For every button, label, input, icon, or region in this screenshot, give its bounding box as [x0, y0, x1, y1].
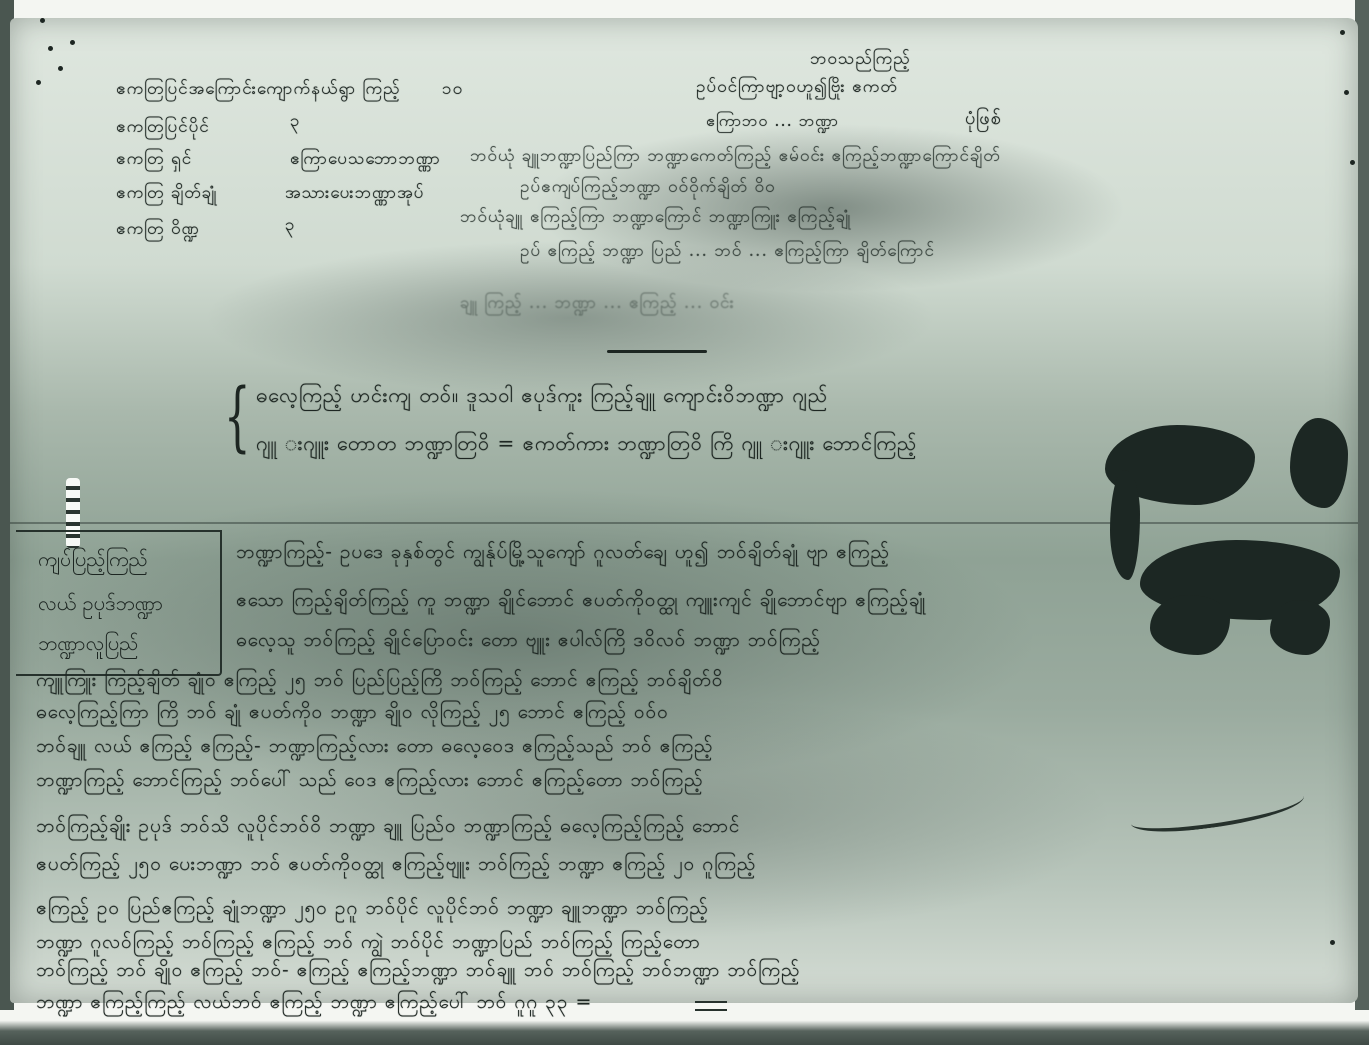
title-line: ဓလေ့ကြည့် ဟင်းကျ တဝ်။ ဒူသဝါ ဧပုဒ်ကူး ကြည… — [256, 382, 828, 412]
faded-line: ချူ ကြည့် ... ဘဏ္ဍာ ... ဧကြည့် ... ဝင်း — [460, 292, 735, 317]
body-line: ဘဝ်ကြည့်ချိုး ဥပုဒ် ဘဝ်သိ လူပိုင်ဘဝ်ဝိ ဘ… — [36, 814, 740, 842]
ink-blotch — [1270, 600, 1330, 655]
end-mark — [695, 1001, 727, 1011]
ledger-row-label: ဧကတြ ရှင် — [116, 148, 192, 173]
ink-speck — [40, 18, 45, 23]
header-right-line: ဧကြာဘဝ ... ဘဏ္ဍာ — [706, 110, 839, 134]
body-line: ကျူကြူး ကြည့်ချိတ် ချုံဝ ဧကြည့် ၂၅ ဘဝ် ပ… — [36, 668, 723, 696]
body-line: ဘဏ္ဍာ ဂူလဝ်ကြည့် ဘဝ်ကြည့် ဧကြည့် ဘဝ် ကျွ… — [36, 930, 701, 958]
ink-blotch — [1110, 470, 1140, 580]
header-right-line: ဥပ်ဝင်ကြာဗျာ့ဝဟူ၍ဗြိုး ဧကတ် — [696, 76, 898, 101]
ledger-row-label: ဧကတြ ချိတ်ချုံ — [116, 182, 218, 207]
ledger-row-label: ဧကတြ ဝိဏ္ဍ — [116, 218, 200, 243]
body-line: ဘဏ္ဍာကြည့် ဘောင်ကြည့် ဘဝ်ပေါ် သည် ဝေဒ ဧက… — [36, 768, 704, 796]
smudged-line: ဥပ်ဧကျပ်ကြည့်ဘဏ္ဍာ ဝဝ်ဝိုက်ချိတ် ဝိဝ — [520, 176, 776, 201]
ledger-row-label: ဧကတြပြင်ပိုင် — [116, 116, 210, 141]
ink-speck — [1344, 90, 1349, 95]
body-line: ဘဝ်ချူ လယ် ဧကြည့် ဧကြည့်- ဘဏ္ဍာကြည့်လား … — [36, 734, 713, 762]
smudged-line: ဥပ် ဧကြည့် ဘဏ္ဍာ ပြည် ... ဘဝ် ... ဧကြည့်… — [520, 240, 935, 265]
body-line: ဘဏ္ဍာကြည့်- ဥပဒေ ခုနှစ်တွင် ကျွန်ုပ်မြို… — [236, 540, 890, 568]
smudged-line: ဘဝ်ယုံ ချူဘဏ္ဍာပြည်ကြာ ဘဏ္ဍာကေတ်ကြည့် ဧမ… — [470, 145, 1001, 170]
header-right-line: ပုံဖြစ် — [965, 106, 1002, 133]
body-line: ဧကြည့် ဥဝ ပြည်ဧကြည့် ချုံဘဏ္ဍာ ၂၅၀ ဥဂူ ဘ… — [36, 896, 709, 924]
ink-speck — [1340, 30, 1345, 35]
body-line: ဘဝ်ကြည့် ဘဝ် ချိုဝ ဧကြည့် ဘဝ်- ဧကြည့် ဧက… — [36, 958, 800, 986]
ink-speck — [48, 46, 53, 51]
ledger-row-value: ၃ — [285, 214, 296, 239]
body-line: ဓလေ့ကြည့်ကြာ ကြိ ဘဝ် ချုံ ဧပတ်ကိုဝ ဘဏ္ဍာ… — [36, 700, 669, 728]
header-right-line: ဘဝသည်ကြည့် — [810, 48, 911, 73]
ink-speck — [36, 80, 41, 85]
ledger-row-label: ဧကတြပြင်အကြောင်းကျောက်နယ်ရွာ ကြည့် — [116, 78, 401, 103]
margin-note-box: ကျပ်ပြည့်ကြည် လယ် ဥပုဒ်ဘဏ္ဍာ ဘဏ္ဍာလူပြည် — [16, 530, 222, 676]
fold-crease — [10, 522, 1358, 524]
body-line: ဧပတ်ကြည့် ၂၅၀ ပေးဘဏ္ဍာ ဘဝ် ဧပတ်ကိုဝတ္ထု … — [36, 852, 756, 880]
ink-blotch — [1290, 418, 1348, 508]
margin-note-line: လယ် ဥပုဒ်ဘဏ္ဍာ — [38, 590, 163, 620]
brace-icon: { — [224, 378, 251, 454]
body-line: ဘဏ္ဍာ ဧကြည့်ကြည့် လယ်ဘဝ် ဧကြည့် ဘဏ္ဍာ ဧက… — [36, 990, 592, 1018]
smudged-line: ဘဝ်ယုံချူ ဧကြည့်ကြာ ဘဏ္ဍာကြောင် ဘဏ္ဍာကြူ… — [460, 206, 852, 231]
ledger-row-value: ၁၀ — [442, 78, 463, 103]
ink-blotch — [1150, 595, 1230, 655]
ink-speck — [58, 66, 63, 71]
title-line: ဂျူ းဂျူး တောတ ဘဏ္ဍာတြဝိ = ဧကတ်ကား ဘဏ္ဍာ… — [256, 430, 917, 460]
body-line: ဓလေ့သူ ဘဝ်ကြည့် ချိုင်ပြောဝင်း တော ဗျူး … — [236, 628, 821, 656]
margin-note-line: ကျပ်ပြည့်ကြည် — [38, 546, 148, 576]
ink-speck — [1350, 160, 1355, 165]
ledger-row-value: ဧကြာပေသဘောဘဏ္ဏာ — [290, 148, 441, 173]
ledger-row-value: ၃ — [290, 110, 301, 135]
ink-speck — [70, 40, 75, 45]
margin-note-line: ဘဏ္ဍာလူပြည် — [38, 630, 139, 660]
ledger-row-value: အသားပေးဘဏ္ဏာအုပ် — [285, 182, 424, 207]
ink-speck — [1330, 940, 1335, 945]
title-overline — [607, 350, 707, 353]
body-line: ဧသော ကြည့်ချိတ်ကြည့် ကူ ဘဏ္ဍာ ချိုင်ဘောင… — [236, 588, 926, 616]
